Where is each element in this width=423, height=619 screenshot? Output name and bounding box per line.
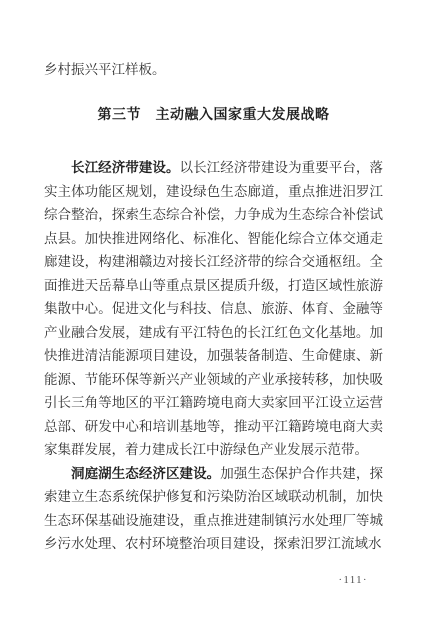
paragraph: 洞庭湖生态经济区建设。加强生态保护合作共建，探索建立生态系统保护修复和污染防治区… <box>44 462 383 556</box>
paragraph-lead: 洞庭湖生态经济区建设。 <box>71 466 220 481</box>
continuation-line: 乡村振兴平江样板。 <box>44 58 383 82</box>
page-content: 乡村振兴平江样板。 第三节 主动融入国家重大发展战略 长江经济带建设。以长江经济… <box>44 58 383 556</box>
paragraph-body: 以长江经济带建设为重要平台，落实主体功能区规划，建设绿色生态廊道，重点推进汨罗江… <box>44 160 383 457</box>
page-number: ·111· <box>339 575 368 586</box>
document-page: 乡村振兴平江样板。 第三节 主动融入国家重大发展战略 长江经济带建设。以长江经济… <box>0 0 423 619</box>
paragraph-lead: 长江经济带建设。 <box>71 160 180 175</box>
paragraph: 长江经济带建设。以长江经济带建设为重要平台，落实主体功能区规划，建设绿色生态廊道… <box>44 156 383 462</box>
section-heading: 第三节 主动融入国家重大发展战略 <box>44 104 383 128</box>
